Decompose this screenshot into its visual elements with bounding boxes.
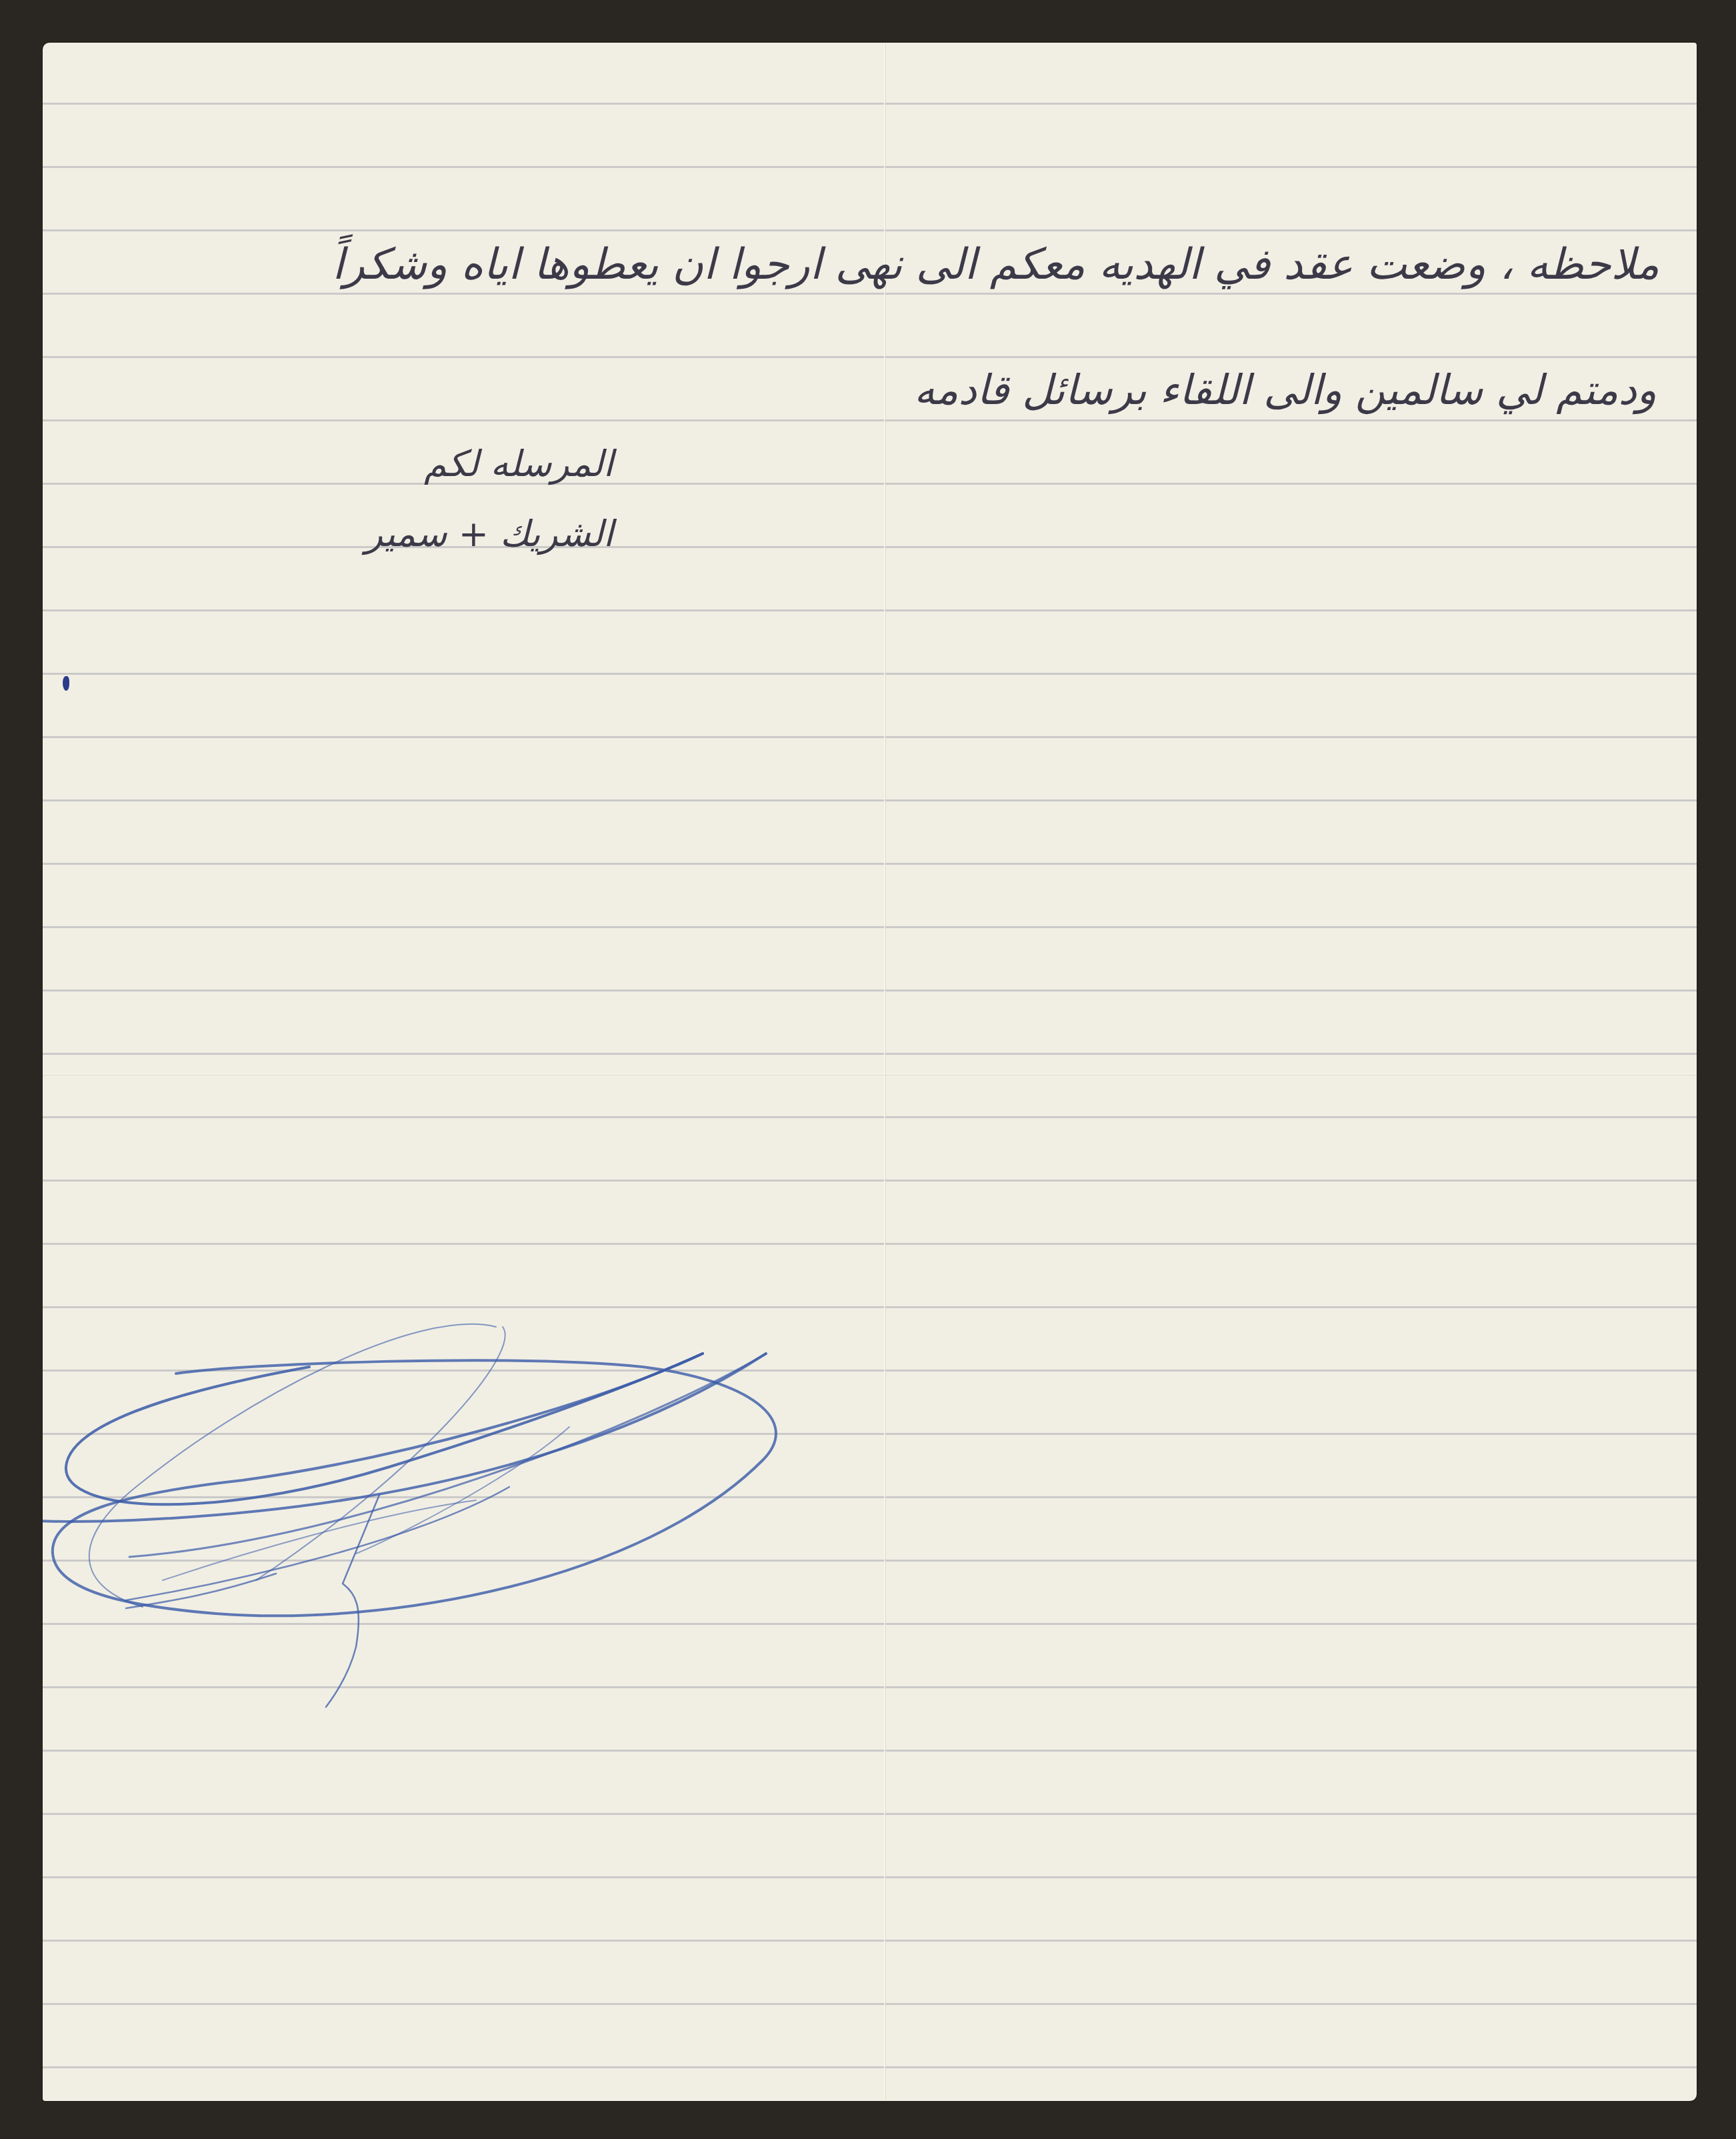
ink-dot-mark: [63, 676, 69, 691]
closing-line-1: المرسله لكم: [424, 443, 613, 485]
note-line-1: ملاحظه ، وضعت عقد في الهديه معكم الى نهى…: [332, 240, 1659, 289]
closing-line-2: الشريك + سمير: [365, 513, 613, 555]
horizontal-fold-crease: [43, 1074, 1697, 1076]
signature-scribble-icon: [43, 1300, 856, 1714]
note-line-2: ودمتم لي سالمين والى اللقاء برسائل قادمه: [914, 365, 1657, 414]
vertical-fold-crease: [884, 43, 886, 2101]
ruled-lines: [43, 43, 1697, 2101]
letter-paper: ملاحظه ، وضعت عقد في الهديه معكم الى نهى…: [43, 43, 1697, 2101]
